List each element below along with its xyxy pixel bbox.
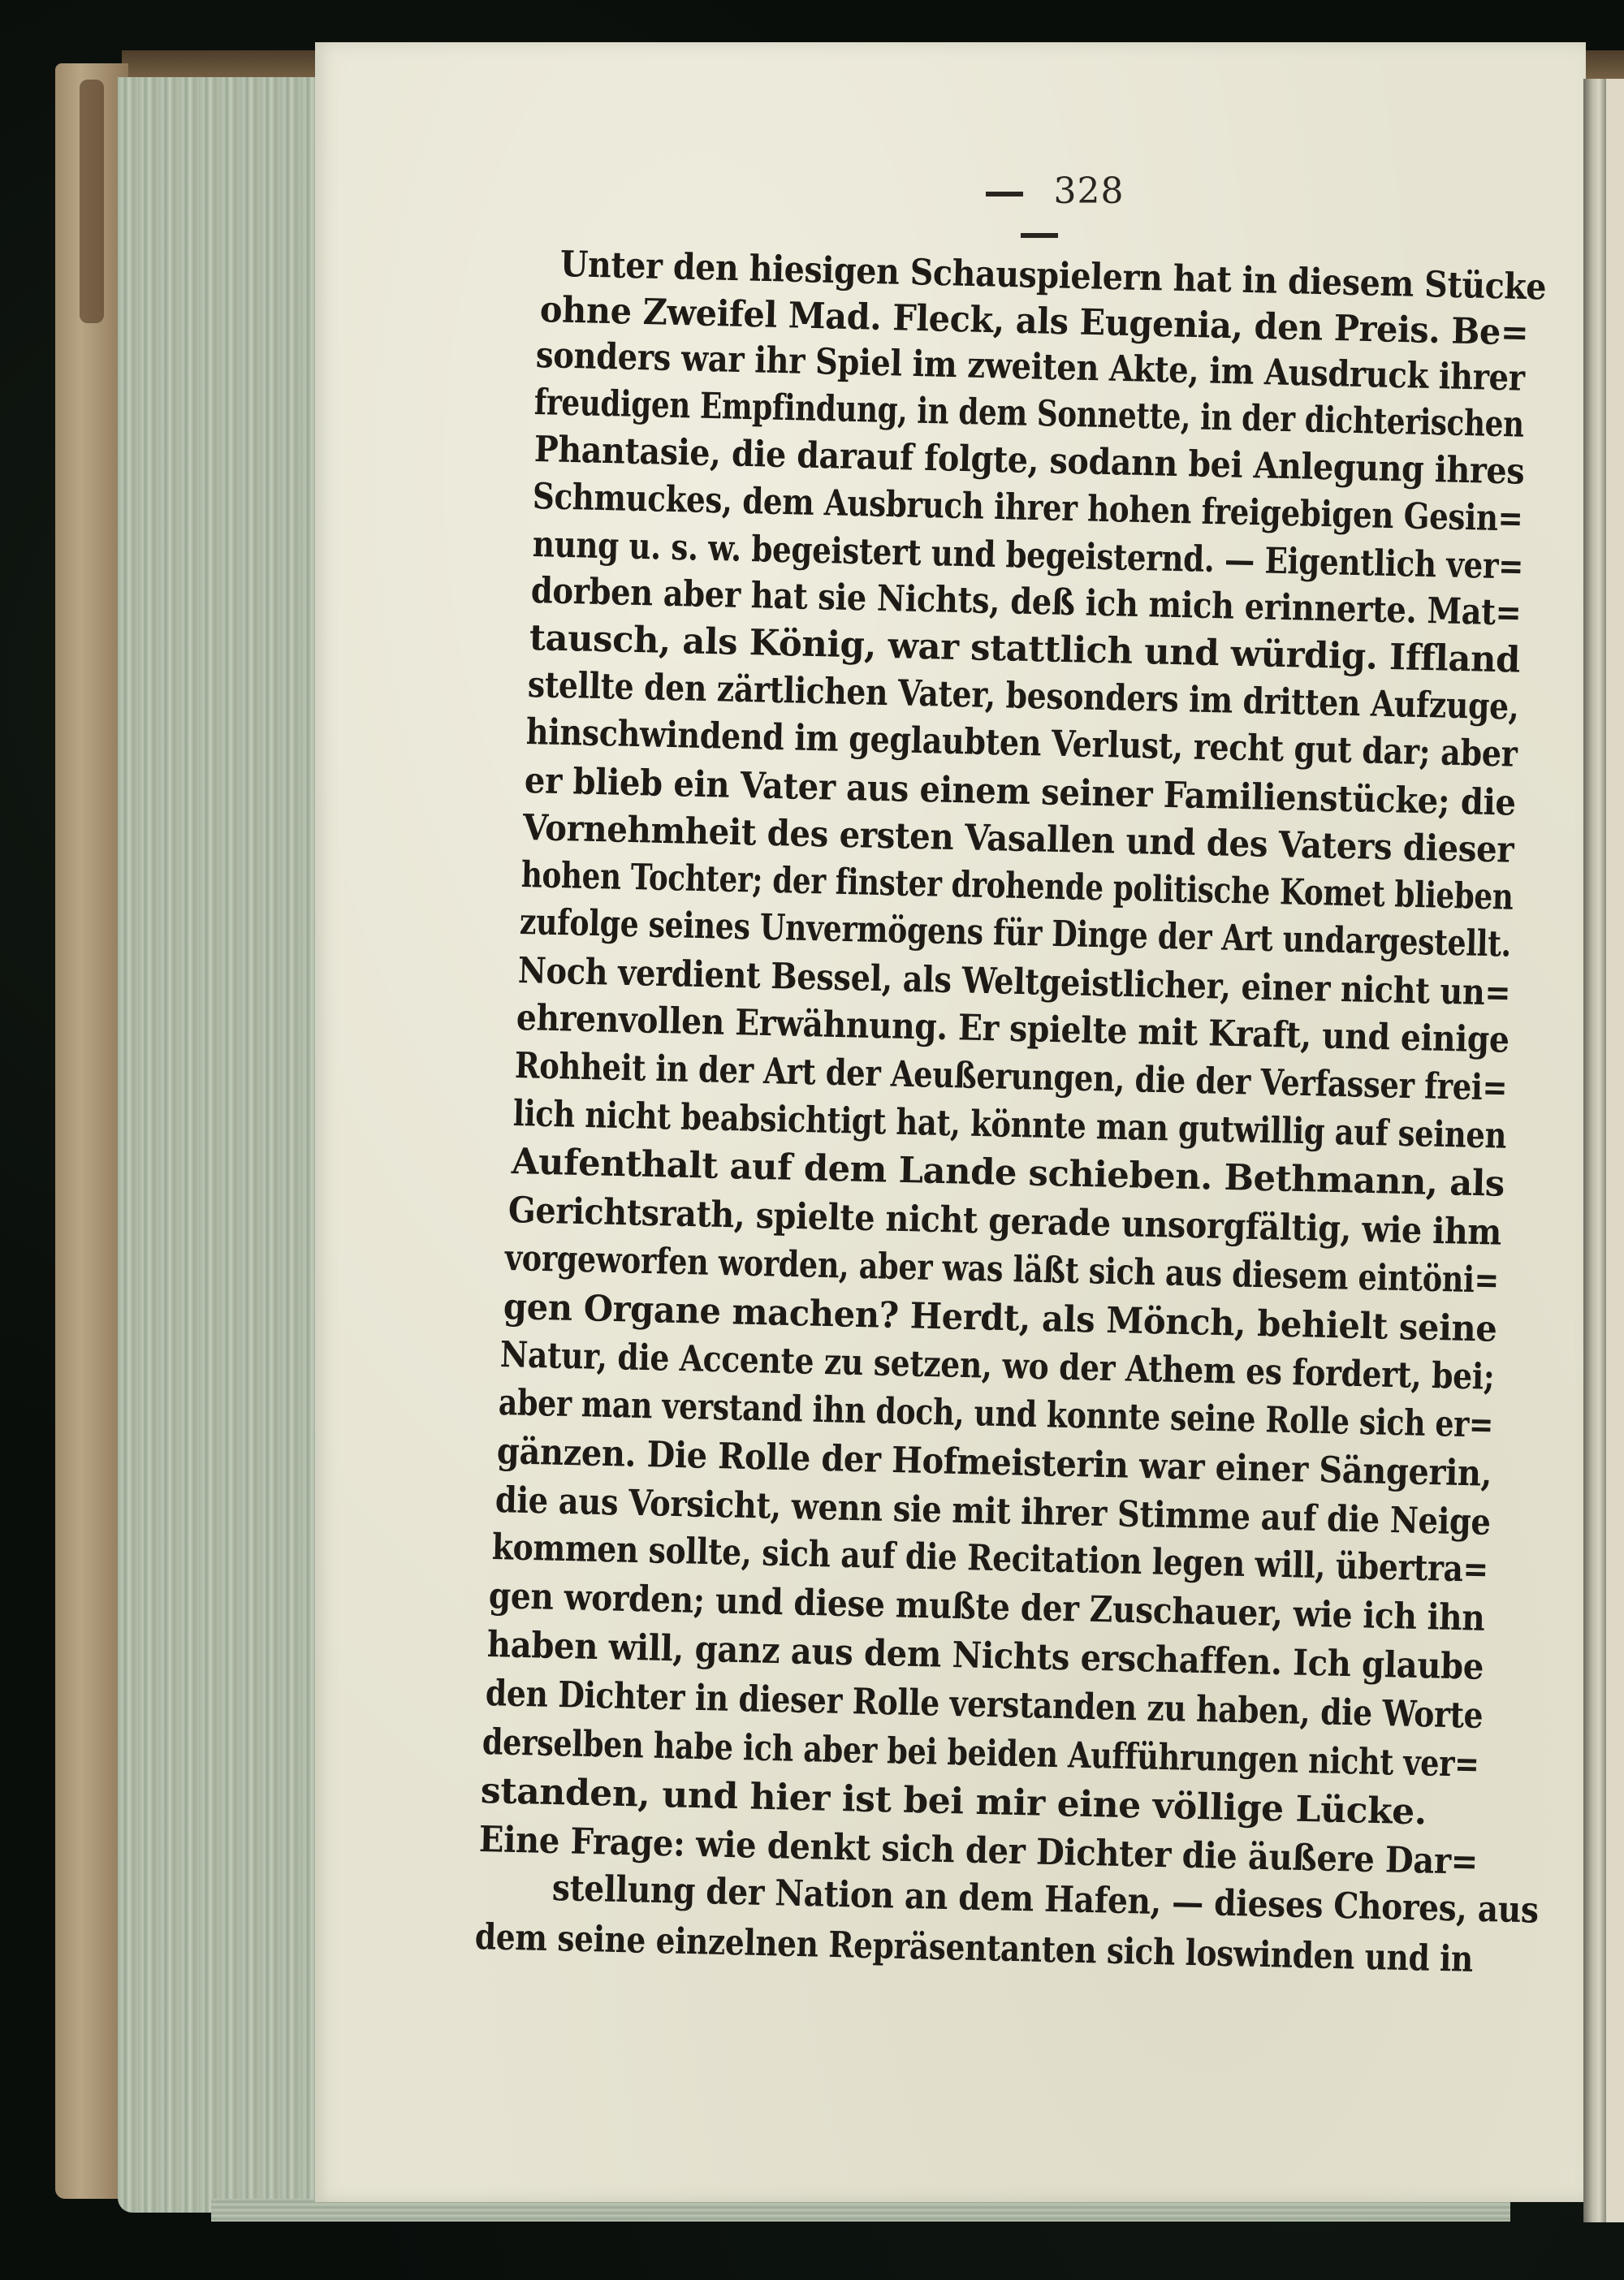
body-text: Unter den hiesigen Schauspielern hat in … [0, 0, 1624, 2280]
book-scan: 328 Unter den hiesigen Schauspielern hat… [0, 0, 1624, 2280]
